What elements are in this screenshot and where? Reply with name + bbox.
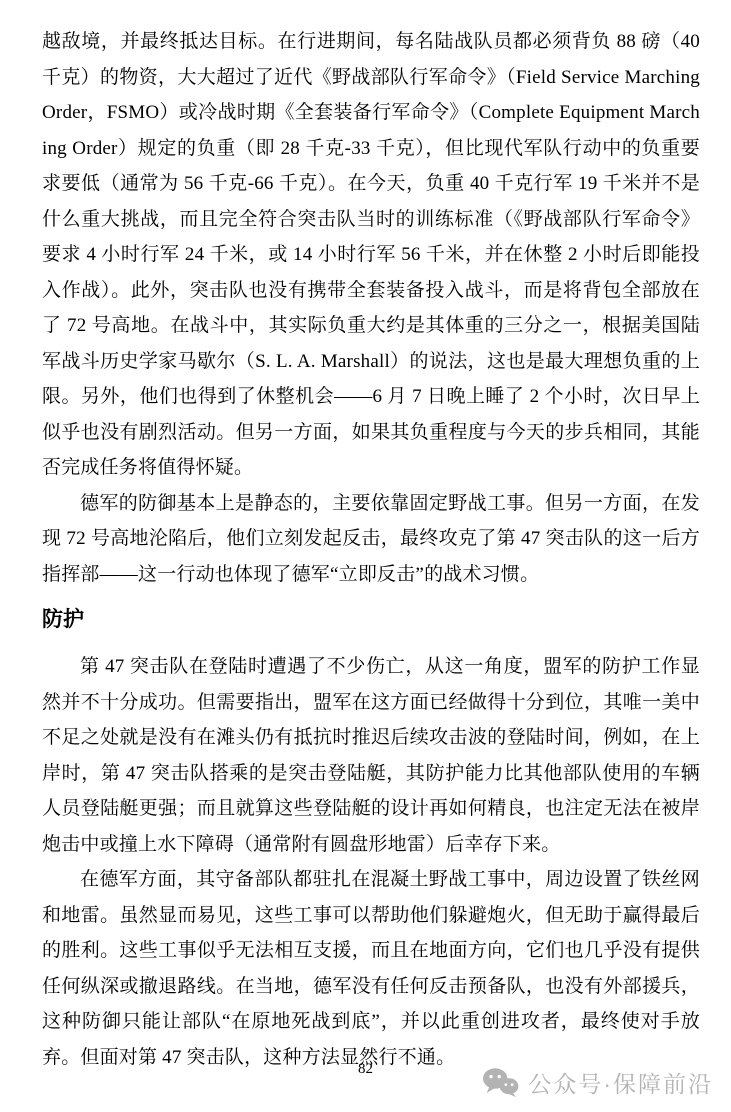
paragraph-german-fortifications: 在德军方面，其守备部队都驻扎在混凝土野战工事中，周边设置了铁丝网和地雷。虽然显而… xyxy=(42,862,700,1075)
watermark-text: 公众号·保障前沿 xyxy=(528,1066,713,1099)
wechat-icon xyxy=(482,1067,519,1098)
section-heading-protection: 防护 xyxy=(42,607,700,633)
paragraph-german-defense: 德军的防御基本上是静态的，主要依靠固定野战工事。但另一方面，在发现 72 号高地… xyxy=(42,486,700,593)
paragraph-march-load: 越敌境，并最终抵达目标。在行进期间，每名陆战队员都必须背负 88 磅（40 千克… xyxy=(42,24,700,486)
wechat-watermark: 公众号·保障前沿 xyxy=(482,1066,713,1099)
document-page: 越敌境，并最终抵达目标。在行进期间，每名陆战队员都必须背负 88 磅（40 千克… xyxy=(0,0,731,1112)
page-content: 越敌境，并最终抵达目标。在行进期间，每名陆战队员都必须背负 88 磅（40 千克… xyxy=(42,24,700,1075)
paragraph-landing-protection: 第 47 突击队在登陆时遭遇了不少伤亡，从这一角度，盟军的防护工作显然并不十分成… xyxy=(42,649,700,862)
